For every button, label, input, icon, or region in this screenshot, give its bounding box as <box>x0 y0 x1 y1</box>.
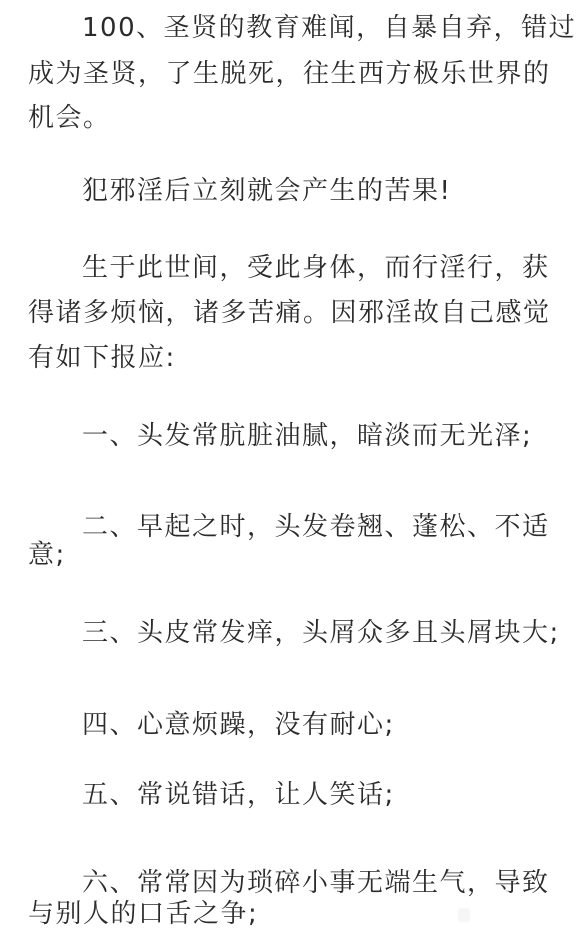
paragraph-100-line-2: 成为圣贤，了生脱死，往生西方极乐世界的 <box>28 54 551 94</box>
paragraph-100-line-3: 机会。 <box>28 98 111 138</box>
list-item-4: 四、心意烦躁，没有耐心; <box>82 705 395 745</box>
list-item-5: 五、常说错话，让人笑话; <box>82 775 395 815</box>
list-item-2-line-1: 二、早起之时，头发卷翘、蓬松、不适 <box>82 507 550 547</box>
list-item-2-line-2: 意; <box>28 535 66 575</box>
paragraph-100-line-1: 100、圣贤的教育难闻，自暴自弃，错过 <box>82 8 576 48</box>
list-item-1: 一、头发常肮脏油腻，暗淡而无光泽; <box>82 416 532 456</box>
intro-line-1: 生于此世间，受此身体，而行淫行，获 <box>82 248 550 288</box>
intro-line-2: 得诸多烦恼，诸多苦痛。因邪淫故自己感觉 <box>28 293 551 333</box>
section-heading: 犯邪淫后立刻就会产生的苦果! <box>82 171 451 211</box>
intro-line-3: 有如下报应: <box>28 338 176 378</box>
faint-watermark-mark <box>458 908 470 922</box>
list-item-3: 三、头皮常发痒，头屑众多且头屑块大; <box>82 613 560 653</box>
list-item-6-line-2: 与别人的口舌之争; <box>28 894 258 934</box>
